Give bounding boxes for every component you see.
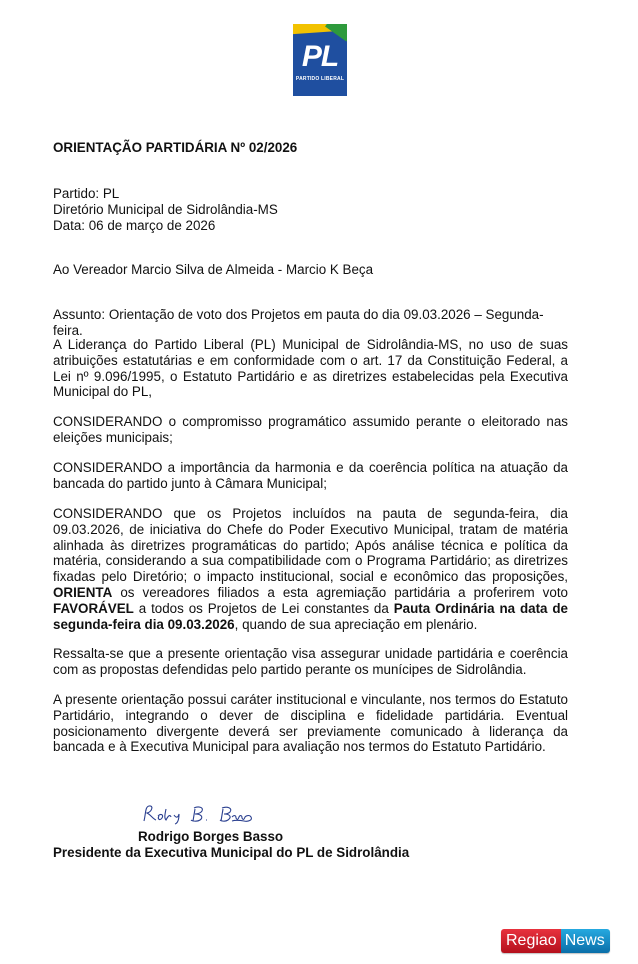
paragraph-preamble: A Liderança do Partido Liberal (PL) Muni… (53, 337, 568, 400)
logo-subtitle: PARTIDO LIBERAL (293, 76, 347, 82)
document-header: Partido: PL Diretório Municipal de Sidro… (53, 186, 568, 233)
date-line: Data: 06 de março de 2026 (53, 218, 568, 234)
addressee: Ao Vereador Marcio Silva de Almeida - Ma… (53, 262, 568, 278)
p4-text-2: os vereadores filiados a esta agremiação… (112, 585, 568, 600)
paragraph-considerando-3: CONSIDERANDO que os Projetos incluídos n… (53, 506, 568, 632)
handwritten-signature (140, 803, 290, 825)
p4-text-1: CONSIDERANDO que os Projetos incluídos n… (53, 506, 568, 584)
watermark-part-blue: News (561, 929, 610, 953)
subject-line: Assunto: Orientação de voto dos Projetos… (53, 307, 568, 339)
party-line: Partido: PL (53, 186, 568, 202)
p4-text-3: a todos os Projetos de Lei constantes da (134, 601, 394, 616)
document-title: ORIENTAÇÃO PARTIDÁRIA Nº 02/2026 (53, 140, 568, 156)
logo-text: PL (293, 40, 347, 74)
paragraph-carater: A presente orientação possui caráter ins… (53, 692, 568, 755)
directory-line: Diretório Municipal de Sidrolândia-MS (53, 202, 568, 218)
p4-text-4: , quando de sua apreciação em plenário. (235, 617, 478, 632)
pl-party-logo: PL PARTIDO LIBERAL (293, 24, 347, 96)
signer-name: Rodrigo Borges Basso (138, 829, 283, 844)
p4-bold-orienta: ORIENTA (53, 585, 112, 600)
paragraph-considerando-1: CONSIDERANDO o compromisso programático … (53, 414, 568, 446)
regiao-news-watermark: Regiao News (501, 929, 610, 953)
signer-role: Presidente da Executiva Municipal do PL … (53, 845, 409, 860)
p4-bold-favoravel: FAVORÁVEL (53, 601, 134, 616)
logo-green-band (325, 24, 347, 41)
watermark-part-red: Regiao (501, 929, 561, 953)
paragraph-ressalta: Ressalta-se que a presente orientação vi… (53, 646, 568, 678)
paragraph-considerando-2: CONSIDERANDO a importância da harmonia e… (53, 460, 568, 492)
